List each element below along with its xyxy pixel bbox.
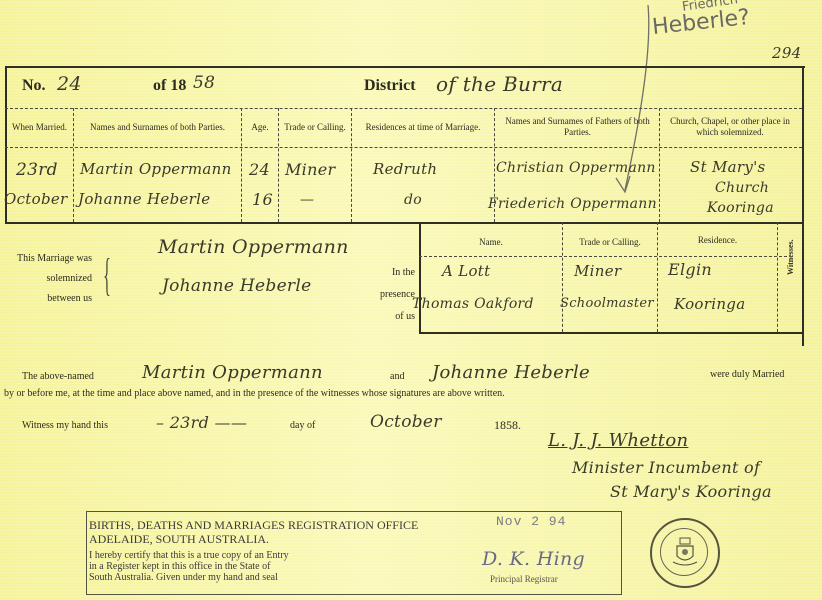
office-line1: BIRTHS, DEATHS AND MARRIAGES REGISTRATIO… [89, 518, 418, 532]
year-suffix: 58 [193, 73, 215, 93]
certification-text: I hereby certify that this is a true cop… [89, 550, 289, 583]
signature-bride: Johanne Heberle [162, 276, 311, 296]
officiant-parish: St Mary's Kooringa [610, 482, 772, 501]
bride-age: 16 [252, 190, 273, 209]
church-line2: Church [715, 180, 769, 196]
entry-no-value: 24 [57, 73, 82, 95]
entry-no-label: No. [22, 77, 46, 95]
witness2-name: Thomas Oakford [412, 296, 534, 312]
witness1-name: A Lott [442, 262, 490, 280]
witnesses-side-label: Witnesses. [786, 215, 795, 275]
bride-name: Johanne Heberle [78, 190, 210, 208]
col-names-parties: Names and Surnames of both Parties. [74, 122, 241, 133]
officiant-signature: L. J. J. Whetton [548, 430, 688, 451]
and-label: and [390, 371, 404, 382]
groom-age: 24 [249, 160, 270, 179]
groom-trade: Miner [285, 160, 335, 179]
district-label: District [364, 77, 416, 95]
duly-married-label: were duly Married [710, 369, 784, 380]
col-when-married: When Married. [6, 122, 73, 133]
day-of-label: day of [290, 420, 315, 431]
church-line3: Kooringa [707, 200, 774, 216]
witness2-trade: Schoolmaster [560, 296, 654, 311]
certify-line3: South Australia. Given under my hand and… [89, 572, 289, 583]
presence-line1: In the [360, 262, 415, 284]
certify-line2: in a Register kept in this office in the… [89, 561, 289, 572]
day-value-text: 23rd [170, 413, 209, 432]
registrar-seal-icon [650, 518, 720, 588]
groom-father: Christian Oppermann [496, 160, 656, 176]
col-trade: Trade or Calling. [279, 122, 351, 133]
date-stamp: Nov 2 94 [496, 514, 566, 529]
coat-of-arms-icon [672, 536, 698, 568]
date-day: 23rd [16, 160, 58, 180]
office-line2: ADELAIDE, SOUTH AUSTRALIA. [89, 532, 418, 546]
col-fathers: Names and Surnames of Fathers of both Pa… [505, 116, 650, 138]
officiant-title: Minister Incumbent of [572, 458, 760, 477]
declaration-groom: Martin Oppermann [142, 362, 323, 383]
groom-residence: Redruth [373, 160, 437, 178]
solemnized-label: This Marriage was solemnized between us [6, 249, 92, 309]
bride-trade: — [300, 192, 314, 208]
col-age: Age. [242, 122, 278, 133]
witness-hand-label: Witness my hand this [22, 420, 108, 431]
church-line1: St Mary's [690, 158, 766, 176]
witness-col-trade: Trade or Calling. [563, 237, 657, 248]
solemnized-label-line2: solemnized [6, 269, 92, 289]
witness1-trade: Miner [574, 262, 621, 280]
witness2-residence: Kooringa [674, 295, 745, 313]
bride-father: Friederich Oppermann [488, 196, 657, 212]
presence-line3: of us [360, 306, 415, 328]
presence-line2: presence [360, 284, 415, 306]
year-label: of 18 [153, 77, 186, 95]
office-name: BIRTHS, DEATHS AND MARRIAGES REGISTRATIO… [89, 518, 418, 546]
solemnized-label-line1: This Marriage was [6, 249, 92, 269]
witness-col-residence: Residence. [658, 235, 777, 246]
bride-residence: do [404, 192, 422, 208]
groom-name: Martin Oppermann [80, 160, 232, 178]
certify-line1: I hereby certify that this is a true cop… [89, 550, 289, 561]
signature-groom: Martin Oppermann [158, 236, 349, 258]
brace-icon: { [103, 252, 111, 298]
date-month: October [4, 190, 68, 208]
registrar-title: Principal Registrar [490, 574, 558, 584]
pencil-note-name: Heberle? [651, 5, 751, 40]
witness1-residence: Elgin [668, 260, 712, 279]
registrar-signature: D. K. Hing [482, 548, 585, 570]
page-number: 294 [772, 44, 802, 62]
col-church: Church, Chapel, or other place in which … [665, 116, 795, 138]
declaration-line2: by or before me, at the time and place a… [4, 388, 505, 399]
year-value: 1858. [494, 418, 521, 433]
col-residences: Residences at time of Marriage. [352, 122, 494, 133]
day-value: – 23rd —— [156, 413, 247, 432]
above-named-label: The above-named [22, 371, 94, 382]
presence-label: In the presence of us [360, 262, 415, 328]
solemnized-label-line3: between us [6, 289, 92, 309]
witness-col-name: Name. [420, 237, 562, 248]
month-value: October [370, 412, 442, 432]
district-value: of the Burra [436, 72, 563, 96]
declaration-bride: Johanne Heberle [432, 362, 590, 383]
